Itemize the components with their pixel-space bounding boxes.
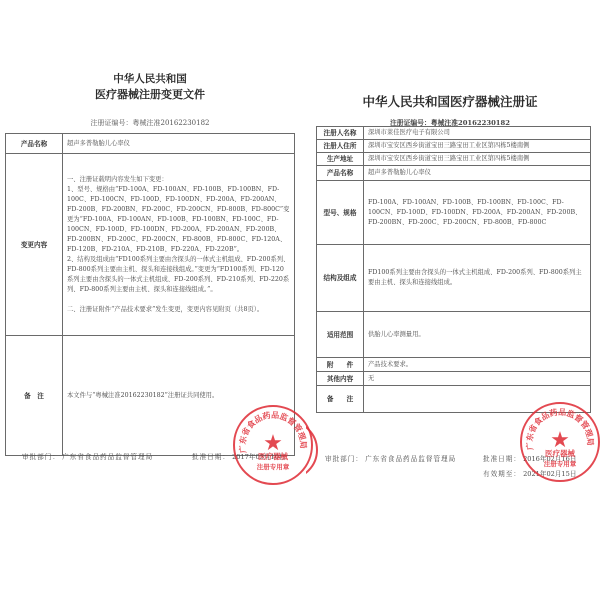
- row-registrant-name: 注册人名称 深圳市莱佳医疗电子有限公司: [317, 127, 591, 140]
- remarks-label: 备 注: [6, 336, 63, 456]
- change-content-value: 一、注册证载明内容发生如下变更： 1、型号、规格由“FD-100A、FD-100…: [63, 154, 295, 336]
- certificate-title: 中华人民共和国医疗器械注册证: [300, 92, 600, 110]
- certificate-approval-dept: 审批部门： 广东省食品药品监督管理局: [325, 453, 456, 463]
- row-scope: 适用范围 供胎儿心率测量用。: [317, 312, 591, 358]
- row-other: 其他内容 无: [317, 372, 591, 386]
- product-name-value: 超声多普勒胎儿心率仪: [63, 134, 295, 154]
- change-doc-title: 医疗器械注册变更文件: [0, 86, 300, 102]
- row-change-content: 变更内容 一、注册证载明内容发生如下变更： 1、型号、规格由“FD-100A、F…: [6, 154, 295, 336]
- row-attachment: 附 件 产品技术要求。: [317, 358, 591, 372]
- change-doc-approval-dept: 审批部门： 广东省食品药品监督管理局: [22, 451, 153, 461]
- row-production-address: 生产地址 深圳市宝安区西乡街道宝田三路宝田工业区第四栋5楼南侧: [317, 153, 591, 166]
- row-structure: 结构及组成 FD100系列主要由含探头的一体式主机组成、FD-200系列、FD-…: [317, 245, 591, 312]
- row-model-spec: 型号、规格 FD-100A、FD-100AN、FD-100B、FD-100BN、…: [317, 181, 591, 245]
- change-para-2: 1、型号、规格由“FD-100A、FD-100AN、FD-100B、FD-100…: [67, 185, 290, 255]
- official-seal-icon: 广东省食品药品监督管理局 ★ 医疗器械 注册专用章: [520, 402, 600, 482]
- change-para-1: 一、注册证载明内容发生如下变更：: [67, 175, 290, 185]
- change-para-3: 2、结构及组成由“FD100系列主要由含探头的一体式主机组成、FD-200系列、…: [67, 255, 290, 295]
- change-doc-title-country: 中华人民共和国: [0, 71, 300, 86]
- change-doc-registration-number: 注册证编号：粤械注准20162230182: [0, 118, 300, 128]
- certificate-table: 注册人名称 深圳市莱佳医疗电子有限公司 注册人住所 深圳市宝安区西乡街道宝田三路…: [316, 126, 591, 413]
- change-para-4: 二、注册证附件“产品技术要求”发生变更，变更内容见附页（共8页）。: [67, 305, 290, 315]
- change-document: 中华人民共和国 医疗器械注册变更文件 注册证编号：粤械注准20162230182…: [0, 0, 300, 600]
- row-product-name: 产品名称 超声多普勒胎儿心率仪: [6, 134, 295, 154]
- change-content-label: 变更内容: [6, 154, 63, 336]
- product-name-label: 产品名称: [6, 134, 63, 154]
- row-product-name: 产品名称 超声多普勒胎儿心率仪: [317, 166, 591, 181]
- row-registrant-address: 注册人住所 深圳市宝安区西乡街道宝田三路宝田工业区第四栋5楼南侧: [317, 140, 591, 153]
